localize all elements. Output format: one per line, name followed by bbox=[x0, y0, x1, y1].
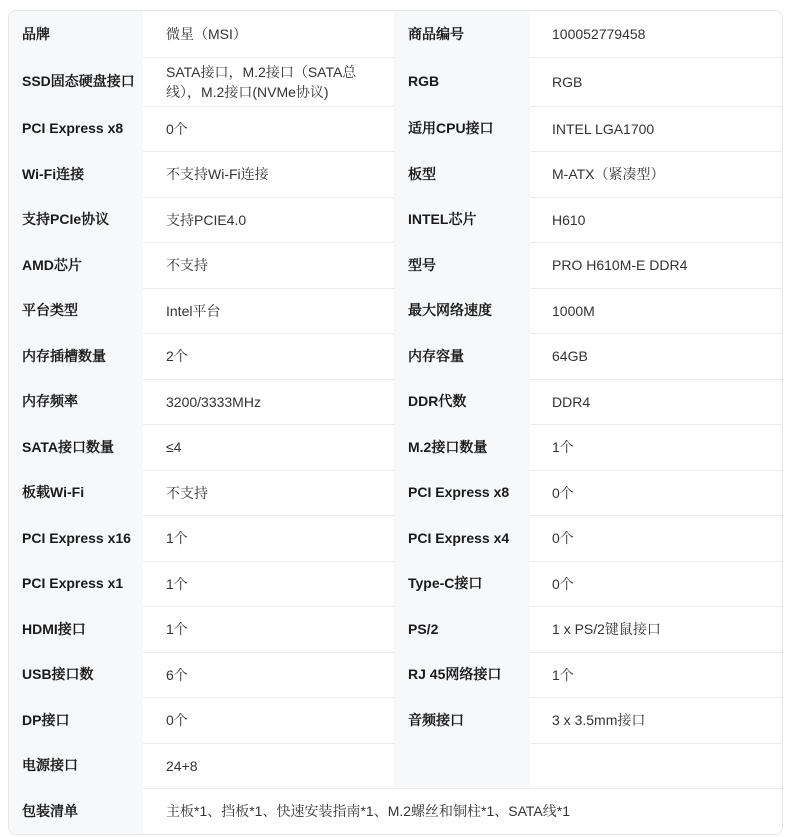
spec-value-cell: PRO H610M-E DDR4 bbox=[530, 242, 782, 288]
spec-value-cell: 0个 bbox=[530, 470, 782, 516]
spec-value-cell: 1000M bbox=[530, 288, 782, 334]
spec-row: DP接口 0个 音频接口 3 x 3.5mm接口 bbox=[9, 697, 782, 743]
spec-label-cell: 板载Wi-Fi bbox=[9, 470, 143, 516]
spec-value-cell: 不支持 bbox=[143, 242, 394, 288]
spec-label-cell: PS/2 bbox=[394, 606, 530, 652]
spec-value-cell bbox=[530, 743, 782, 789]
spec-value-cell: 1 x PS/2键鼠接口 bbox=[530, 606, 782, 652]
product-spec-table: 品牌 微星（MSI） 商品编号 100052779458 SSD固态硬盘接口 S… bbox=[8, 10, 783, 835]
spec-row: 内存插槽数量 2个 内存容量 64GB bbox=[9, 333, 782, 379]
spec-row: PCI Express x1 1个 Type-C接口 0个 bbox=[9, 561, 782, 607]
spec-value-cell: 微星（MSI） bbox=[143, 11, 394, 57]
spec-label-cell: INTEL芯片 bbox=[394, 197, 530, 243]
spec-label-cell: Wi-Fi连接 bbox=[9, 151, 143, 197]
spec-row: PCI Express x16 1个 PCI Express x4 0个 bbox=[9, 515, 782, 561]
spec-row: 内存频率 3200/3333MHz DDR代数 DDR4 bbox=[9, 379, 782, 425]
spec-value-cell: 24+8 bbox=[143, 743, 394, 789]
spec-label-cell: 内存容量 bbox=[394, 333, 530, 379]
spec-value-cell: 6个 bbox=[143, 652, 394, 698]
spec-row: PCI Express x8 0个 适用CPU接口 INTEL LGA1700 bbox=[9, 106, 782, 152]
spec-label-cell: RGB bbox=[394, 57, 530, 106]
spec-label-cell: PCI Express x8 bbox=[9, 106, 143, 152]
spec-label-cell: PCI Express x16 bbox=[9, 515, 143, 561]
spec-value-cell: INTEL LGA1700 bbox=[530, 106, 782, 152]
spec-label-cell: 品牌 bbox=[9, 11, 143, 57]
spec-label-cell: 包装清单 bbox=[9, 788, 143, 834]
spec-label-cell: 型号 bbox=[394, 242, 530, 288]
spec-label-cell: PCI Express x4 bbox=[394, 515, 530, 561]
spec-value-cell: 3 x 3.5mm接口 bbox=[530, 697, 782, 743]
spec-label-cell: 支持PCIe协议 bbox=[9, 197, 143, 243]
spec-row: 支持PCIe协议 支持PCIE4.0 INTEL芯片 H610 bbox=[9, 197, 782, 243]
spec-label-cell: DP接口 bbox=[9, 697, 143, 743]
spec-value-cell: 2个 bbox=[143, 333, 394, 379]
spec-label-cell: SATA接口数量 bbox=[9, 424, 143, 470]
spec-label-cell: RJ 45网络接口 bbox=[394, 652, 530, 698]
spec-row: AMD芯片 不支持 型号 PRO H610M-E DDR4 bbox=[9, 242, 782, 288]
spec-value-cell: RGB bbox=[530, 57, 782, 106]
spec-value-cell: 1个 bbox=[530, 652, 782, 698]
spec-value-cell: 1个 bbox=[143, 561, 394, 607]
spec-row: 平台类型 Intel平台 最大网络速度 1000M bbox=[9, 288, 782, 334]
spec-value-cell: 1个 bbox=[530, 424, 782, 470]
spec-value-cell: 支持PCIE4.0 bbox=[143, 197, 394, 243]
spec-label-cell: 最大网络速度 bbox=[394, 288, 530, 334]
spec-label-cell: AMD芯片 bbox=[9, 242, 143, 288]
spec-value-cell: 100052779458 bbox=[530, 11, 782, 57]
spec-label-cell: 音频接口 bbox=[394, 697, 530, 743]
spec-value-cell: 不支持 bbox=[143, 470, 394, 516]
spec-value-cell: 0个 bbox=[143, 106, 394, 152]
spec-label-cell: 商品编号 bbox=[394, 11, 530, 57]
spec-label-cell: DDR代数 bbox=[394, 379, 530, 425]
spec-value-cell: DDR4 bbox=[530, 379, 782, 425]
spec-label-cell: 适用CPU接口 bbox=[394, 106, 530, 152]
spec-value-cell: M-ATX（紧凑型） bbox=[530, 151, 782, 197]
spec-row: 板载Wi-Fi 不支持 PCI Express x8 0个 bbox=[9, 470, 782, 516]
spec-value-cell: 3200/3333MHz bbox=[143, 379, 394, 425]
spec-label-cell: 板型 bbox=[394, 151, 530, 197]
spec-value-cell: 0个 bbox=[530, 515, 782, 561]
spec-value-cell: Intel平台 bbox=[143, 288, 394, 334]
spec-value-cell: ≤4 bbox=[143, 424, 394, 470]
spec-label-cell: M.2接口数量 bbox=[394, 424, 530, 470]
spec-label-cell: 电源接口 bbox=[9, 743, 143, 789]
spec-value-cell: H610 bbox=[530, 197, 782, 243]
spec-label-cell bbox=[394, 743, 530, 789]
spec-label-cell: SSD固态硬盘接口 bbox=[9, 57, 143, 106]
spec-row: USB接口数 6个 RJ 45网络接口 1个 bbox=[9, 652, 782, 698]
spec-value-cell: 0个 bbox=[530, 561, 782, 607]
spec-table-rows: 品牌 微星（MSI） 商品编号 100052779458 SSD固态硬盘接口 S… bbox=[9, 11, 782, 788]
spec-row-packing-list: 包装清单 主板*1、挡板*1、快速安装指南*1、M.2螺丝和铜柱*1、SATA线… bbox=[9, 788, 782, 834]
spec-row: 电源接口 24+8 bbox=[9, 743, 782, 789]
spec-label-cell: HDMI接口 bbox=[9, 606, 143, 652]
spec-value-cell: SATA接口，M.2接口（SATA总线），M.2接口(NVMe协议) bbox=[143, 57, 394, 106]
spec-label-cell: Type-C接口 bbox=[394, 561, 530, 607]
spec-row: HDMI接口 1个 PS/2 1 x PS/2键鼠接口 bbox=[9, 606, 782, 652]
spec-row: SATA接口数量 ≤4 M.2接口数量 1个 bbox=[9, 424, 782, 470]
spec-label-cell: USB接口数 bbox=[9, 652, 143, 698]
spec-value-cell: 64GB bbox=[530, 333, 782, 379]
spec-row: SSD固态硬盘接口 SATA接口，M.2接口（SATA总线），M.2接口(NVM… bbox=[9, 57, 782, 106]
spec-value-cell: 1个 bbox=[143, 606, 394, 652]
spec-label-cell: 平台类型 bbox=[9, 288, 143, 334]
spec-label-cell: PCI Express x8 bbox=[394, 470, 530, 516]
spec-label-cell: 内存插槽数量 bbox=[9, 333, 143, 379]
spec-value-cell: 0个 bbox=[143, 697, 394, 743]
spec-value-cell: 1个 bbox=[143, 515, 394, 561]
spec-row: Wi-Fi连接 不支持Wi-Fi连接 板型 M-ATX（紧凑型） bbox=[9, 151, 782, 197]
spec-label-cell: PCI Express x1 bbox=[9, 561, 143, 607]
spec-label-cell: 内存频率 bbox=[9, 379, 143, 425]
spec-value-cell: 不支持Wi-Fi连接 bbox=[143, 151, 394, 197]
spec-row: 品牌 微星（MSI） 商品编号 100052779458 bbox=[9, 11, 782, 57]
spec-value-cell: 主板*1、挡板*1、快速安装指南*1、M.2螺丝和铜柱*1、SATA线*1 bbox=[143, 788, 782, 834]
